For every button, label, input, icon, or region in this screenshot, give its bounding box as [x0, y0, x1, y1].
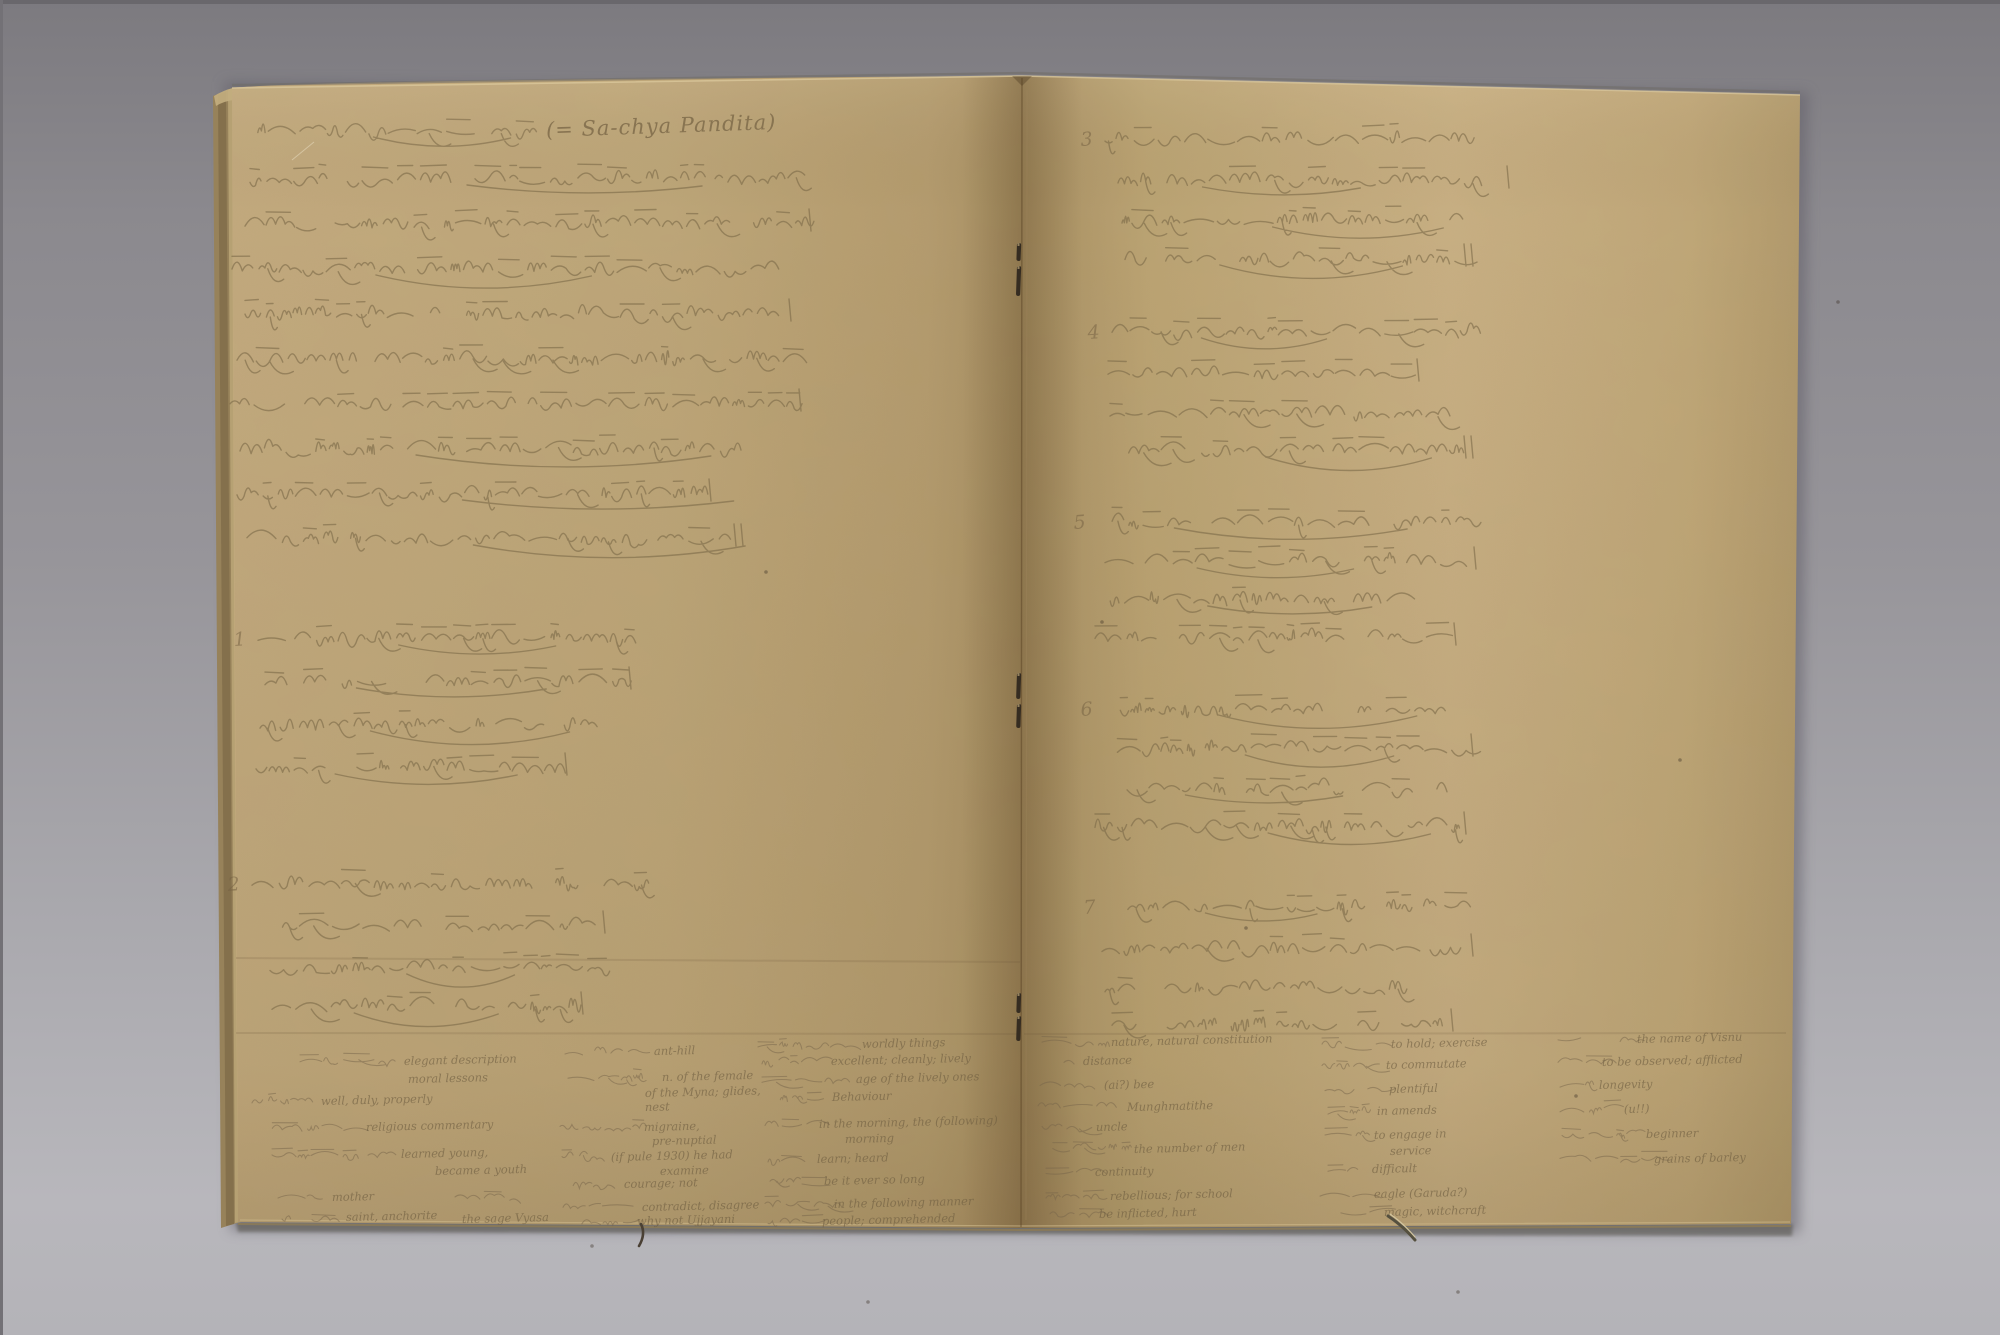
footnote-gloss: age of the lively ones — [856, 1069, 980, 1086]
dust-speck — [1100, 620, 1104, 624]
stitch-highlight — [1018, 266, 1020, 269]
footnote-gloss: courage; not — [624, 1175, 698, 1191]
footnote-gloss: magic, witchcraft — [1384, 1203, 1487, 1219]
photographed-notebook-scene: 12 34567 elegant descriptionmoral lesson… — [0, 0, 2000, 1335]
footnote-gloss: of the Myna; glides, — [645, 1083, 761, 1100]
footnote-gloss: morning — [845, 1131, 894, 1146]
footnote-gloss: in amends — [1377, 1103, 1437, 1118]
dust-speck — [764, 570, 768, 574]
footnote-gloss: why not Ujjayani — [637, 1212, 736, 1228]
footnote-gloss: be it ever so long — [824, 1172, 925, 1188]
footnote-gloss: became a youth — [435, 1162, 527, 1178]
footnote-gloss: well, duly, properly — [321, 1091, 433, 1108]
stitch-highlight — [1018, 993, 1020, 996]
footnote-gloss: the name of Visnu — [1637, 1030, 1743, 1046]
footnote-gloss: the sage Vyasa — [462, 1210, 549, 1226]
footnote-gloss: difficult — [1372, 1161, 1418, 1176]
footnote-gloss: (ai?) bee — [1104, 1077, 1155, 1092]
footnote-gloss: Munghmatithe — [1126, 1098, 1214, 1114]
footnote-gloss: to commutate — [1386, 1056, 1467, 1072]
dust-speck — [1456, 1290, 1460, 1294]
footnote-gloss: the number of men — [1134, 1139, 1246, 1156]
footnote-gloss: grains of barley — [1654, 1150, 1747, 1166]
dust-speck — [866, 1300, 870, 1304]
footnote-gloss: be inflicted, hurt — [1099, 1205, 1197, 1221]
dust-speck — [1836, 300, 1840, 304]
footnote-gloss: moral lessons — [408, 1070, 488, 1086]
footnote-gloss: learn; heard — [817, 1150, 889, 1166]
footnote-gloss: eagle (Garuda?) — [1374, 1185, 1468, 1201]
footnote-gloss: (if pule 1930) he had — [611, 1147, 733, 1164]
stanza-number: 1 — [233, 628, 247, 651]
footnote-gloss: worldly things — [862, 1035, 946, 1051]
stanza-number: 4 — [1086, 321, 1101, 344]
footnote-gloss: rebellious; for school — [1110, 1186, 1233, 1203]
footnote-gloss: contradict, disagree — [642, 1197, 760, 1214]
stitch-highlight — [1018, 1016, 1020, 1019]
dust-speck — [1574, 1094, 1578, 1098]
footnote-gloss: saint, anchorite — [346, 1208, 438, 1224]
footnote-gloss: (u!!) — [1624, 1101, 1650, 1116]
dust-speck — [1244, 926, 1248, 930]
footnote-gloss: beginner — [1646, 1126, 1700, 1141]
stitch-highlight — [1018, 673, 1020, 676]
footnote-gloss: to engage in — [1374, 1126, 1447, 1142]
footnote-gloss: migraine, — [644, 1119, 700, 1134]
footnote-gloss: uncle — [1096, 1119, 1128, 1134]
crease-line — [236, 1033, 1020, 1034]
stitch-thread — [1016, 704, 1021, 728]
footnote-gloss: to hold; exercise — [1391, 1035, 1488, 1051]
footnote-gloss: ant-hill — [654, 1043, 696, 1058]
stitch-highlight — [1018, 704, 1020, 707]
footnote-gloss: mother — [332, 1189, 376, 1204]
footnote-gloss: Behaviour — [831, 1089, 893, 1104]
stanza-number: 2 — [226, 873, 241, 896]
footnote-gloss: service — [1390, 1143, 1432, 1158]
stitch-highlight — [1018, 243, 1020, 246]
footnote-gloss: continuity — [1095, 1164, 1154, 1179]
stanza-number: 3 — [1080, 128, 1094, 151]
stitch-thread — [1016, 1016, 1021, 1041]
footnote-gloss: distance — [1083, 1053, 1133, 1068]
footnote-gloss: longevity — [1599, 1077, 1653, 1092]
notebook-illustration: 12 34567 elegant descriptionmoral lesson… — [0, 0, 2000, 1335]
footnote-gloss: plentiful — [1389, 1081, 1439, 1096]
stanza-number: 5 — [1073, 511, 1087, 534]
footnote-gloss: nest — [645, 1099, 670, 1114]
stanza-number: 6 — [1080, 698, 1094, 721]
footnote-gloss: elegant description — [404, 1051, 517, 1068]
dust-speck — [590, 1244, 594, 1248]
footnote-gloss: n. of the female — [662, 1068, 754, 1084]
footnote-gloss: learned young, — [401, 1145, 489, 1161]
footnote-gloss: religious commentary — [366, 1117, 494, 1134]
dust-speck — [1678, 758, 1682, 762]
footnote-gloss: pre-nuptial — [652, 1133, 717, 1148]
